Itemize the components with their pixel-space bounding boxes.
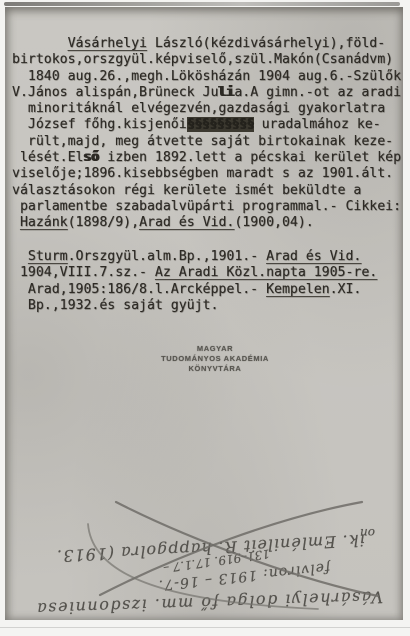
text-segment: parlamentbe szabadalvüpárti programmal.-… — [12, 199, 401, 214]
typed-line: lését.Első izben 1892.lett a pécskai ker… — [12, 150, 403, 166]
card-top-edge-shadow — [4, 2, 400, 6]
crossout-strokes — [0, 492, 410, 624]
typed-line: rült,majd, meg átvette saját birtokainak… — [12, 134, 403, 150]
typed-line: birtokos,orszgyül.képviselő,szül.Makón(C… — [12, 52, 403, 68]
typed-line: Arad,1905:186/8.l.Arcképpel.- Kempelen.X… — [12, 282, 403, 298]
typed-line: viselője;1896.kisebbségben maradt s az 1… — [12, 166, 403, 182]
typed-line: választásokon régi kerülete ismét beküld… — [12, 183, 403, 199]
text-segment: a.A gimn.-ot az aradi — [234, 85, 401, 100]
text-segment: Bp.,1932.és saját gyüjt. — [12, 298, 218, 313]
text-segment: Arad,1905:186/8.l.Arcképpel.- — [12, 282, 266, 297]
text-segment: minoritáknál elvégezvén,gazdasági gyakor… — [12, 101, 385, 116]
blacked-out-text: §§§§§§§§§ — [187, 117, 254, 132]
typed-line: Bp.,1932.és saját gyüjt. — [12, 298, 403, 314]
library-stamp: MAGYARTUDOMÁNYOS AKADÉMIAKÖNYVTÁRA — [161, 344, 269, 374]
text-segment: 1904,VIII.7.sz.- — [12, 265, 155, 280]
typed-line: József főhg.kisjenői§§§§§§§§§ uradalmáho… — [12, 117, 403, 133]
text-segment: (1900,04). — [234, 215, 313, 230]
scan-artifact-line — [0, 627, 410, 628]
text-segment: László(kézdivásárhelyi),föld- — [147, 36, 385, 51]
text-segment: választásokon régi kerülete ismét beküld… — [12, 183, 361, 198]
text-segment: .XI. — [330, 282, 362, 297]
stamp-line: MAGYAR — [161, 344, 269, 354]
text-segment: rült,majd, meg átvette saját birtokainak… — [12, 134, 393, 149]
underlined-text: Kempelen — [266, 282, 330, 297]
underlined-text: Hazánk — [20, 215, 68, 230]
text-segment: V.János alispán,Brüneck Ju — [12, 85, 218, 100]
paragraph-biography: Vásárhelyi László(kézdivásárhelyi),föld-… — [12, 36, 403, 232]
typed-line: 1840 aug.26.,megh.Lökösházán 1904 aug.6.… — [12, 69, 403, 85]
text-segment: József főhg.kisjenői — [12, 117, 187, 132]
text-segment — [12, 215, 20, 230]
typed-line: Vásárhelyi László(kézdivásárhelyi),föld- — [12, 36, 403, 52]
stamp-line: KÖNYVTÁRA — [161, 364, 269, 374]
text-segment — [12, 36, 68, 51]
text-segment — [12, 249, 28, 264]
typed-line: parlamentbe szabadalvüpárti programmal.-… — [12, 199, 403, 215]
text-segment: 1840 aug.26.,megh.Lökösházán 1904 aug.6.… — [12, 69, 403, 84]
typed-line: V.János alispán,Brüneck Julia.A gimn.-ot… — [12, 85, 403, 101]
text-segment: birtokos,orszgyül.képviselő,szül.Makón(C… — [12, 52, 393, 67]
text-segment: ső — [83, 150, 99, 165]
stamp-line: TUDOMÁNYOS AKADÉMIA — [161, 354, 269, 364]
text-segment: lését.El — [12, 150, 83, 165]
typed-line: Sturm.Orszgyül.alm.Bp.,1901.- Arad és Vi… — [12, 249, 403, 265]
text-segment: .Orszgyül.alm.Bp.,1901.- — [68, 249, 267, 264]
underlined-text: Arad és Vid. — [139, 215, 234, 230]
text-segment: li — [218, 85, 234, 100]
typed-line: Hazánk(1898/9),Arad és Vid.(1900,04). — [12, 215, 403, 231]
typed-line: 1904,VIII.7.sz.- Az Aradi Közl.napta 190… — [12, 265, 403, 281]
text-segment: viselője;1896.kisebbségben maradt s az 1… — [12, 166, 393, 181]
scanned-catalog-card-page: { "card": { "description": "typewritten … — [0, 0, 410, 636]
text-segment: (1898/9), — [68, 215, 139, 230]
paragraph-bibliography: Sturm.Orszgyül.alm.Bp.,1901.- Arad és Vi… — [12, 249, 403, 314]
text-segment: izben 1892.lett a pécskai kerület kép- — [99, 150, 403, 165]
underlined-text: Az Aradi Közl.napta 1905-re. — [155, 265, 377, 280]
underlined-text: Sturm — [28, 249, 68, 264]
underlined-text: Arad és Vid. — [266, 249, 361, 264]
typed-line: minoritáknál elvégezvén,gazdasági gyakor… — [12, 101, 403, 117]
text-segment: uradalmához ke- — [254, 117, 381, 132]
underlined-text: Vásárhelyi — [68, 36, 147, 51]
